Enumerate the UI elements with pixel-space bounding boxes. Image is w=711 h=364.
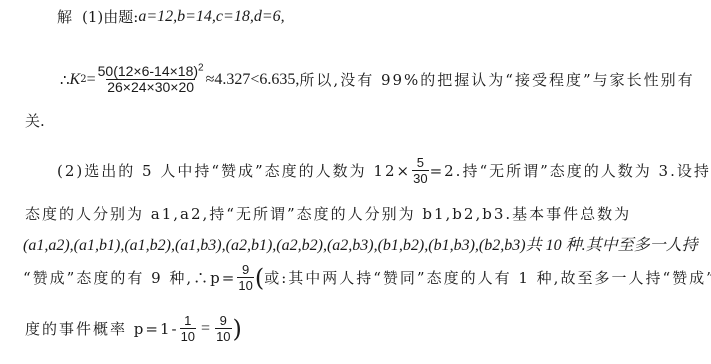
frac1-den: 30: [412, 170, 428, 186]
part2-line5-a: 度的事件概率 p=1-: [25, 318, 179, 339]
part2-line4-a: “赞成”态度的有 9 种,∴p=: [23, 267, 236, 288]
k2-label: K: [70, 71, 81, 89]
part2-line4: “赞成”态度的有 9 种,∴p= 9 10 ( 或:其中两人持“赞同”态度的人有…: [23, 262, 711, 293]
k2-fraction: 50(12×6-14×18)2 26×24×30×20: [97, 64, 205, 95]
frac2-den: 10: [237, 277, 253, 293]
part2-line1-a: (2)选出的 5 人中持“赞成”态度的人数为 12×: [57, 160, 411, 181]
part2-line1: (2)选出的 5 人中持“赞成”态度的人数为 12× 5 30 =2.持“无所谓…: [57, 155, 711, 186]
k2-result: ≈4.327<6.635,: [206, 71, 300, 89]
open-paren: (: [255, 266, 264, 290]
frac1-num: 5: [416, 155, 425, 170]
conclusion-end: 关.: [25, 110, 45, 131]
equals-sign: =: [201, 320, 210, 338]
solution-label: 解: [57, 6, 72, 27]
fraction-9-10: 9 10: [237, 262, 253, 293]
part2-line2-text: 态度的人分别为 a1,a2,持“无所谓”态度的人分别为 b1,b2,b3.基本事…: [25, 203, 631, 224]
fraction-5-30: 5 30: [412, 155, 428, 186]
close-paren: ): [233, 317, 242, 341]
frac3-den: 10: [180, 328, 196, 344]
part1-line1: 解 (1)由题: a=12,b=14,c=18,d=6,: [57, 6, 285, 27]
conclusion-end-text: 关.: [25, 110, 45, 131]
sample-space-text: (a1,a2),(a1,b1),(a1,b2),(a1,b3),(a2,b1),…: [23, 232, 698, 255]
therefore-symbol: ∴: [60, 71, 70, 89]
part2-line1-b: =2.持“无所谓”态度的人数为 3.设持“赞成”: [430, 160, 711, 181]
part1-intro: (1)由题:: [82, 6, 138, 27]
frac2-num: 9: [241, 262, 250, 277]
part2-line4-b: 或:其中两人持“赞同”态度的人有 1 种,故至多一人持“赞成”态: [264, 267, 711, 288]
part2-line3: (a1,a2),(a1,b1),(a1,b2),(a1,b3),(a2,b1),…: [23, 232, 698, 255]
conclusion-text: 所以,没有 99%的把握认为“接受程度”与家长性别有: [299, 69, 694, 90]
frac4-num: 9: [219, 313, 228, 328]
given-values: a=12,b=14,c=18,d=6,: [138, 8, 284, 26]
fraction-1-10: 1 10: [180, 313, 196, 344]
frac3-num: 1: [183, 313, 192, 328]
fraction-9-10-final: 9 10: [215, 313, 231, 344]
part2-line5: 度的事件概率 p=1- 1 10 = 9 10 ): [25, 313, 242, 344]
frac4-den: 10: [215, 328, 231, 344]
k2-numerator: 50(12×6-14×18): [98, 63, 198, 79]
k2-equals: =: [87, 71, 96, 89]
k2-denominator: 26×24×30×20: [106, 79, 195, 95]
k2-formula-line: ∴ K2 = 50(12×6-14×18)2 26×24×30×20 ≈4.32…: [60, 64, 695, 95]
k2-numerator-sup: 2: [198, 62, 204, 73]
part2-line2: 态度的人分别为 a1,a2,持“无所谓”态度的人分别为 b1,b2,b3.基本事…: [25, 203, 631, 224]
